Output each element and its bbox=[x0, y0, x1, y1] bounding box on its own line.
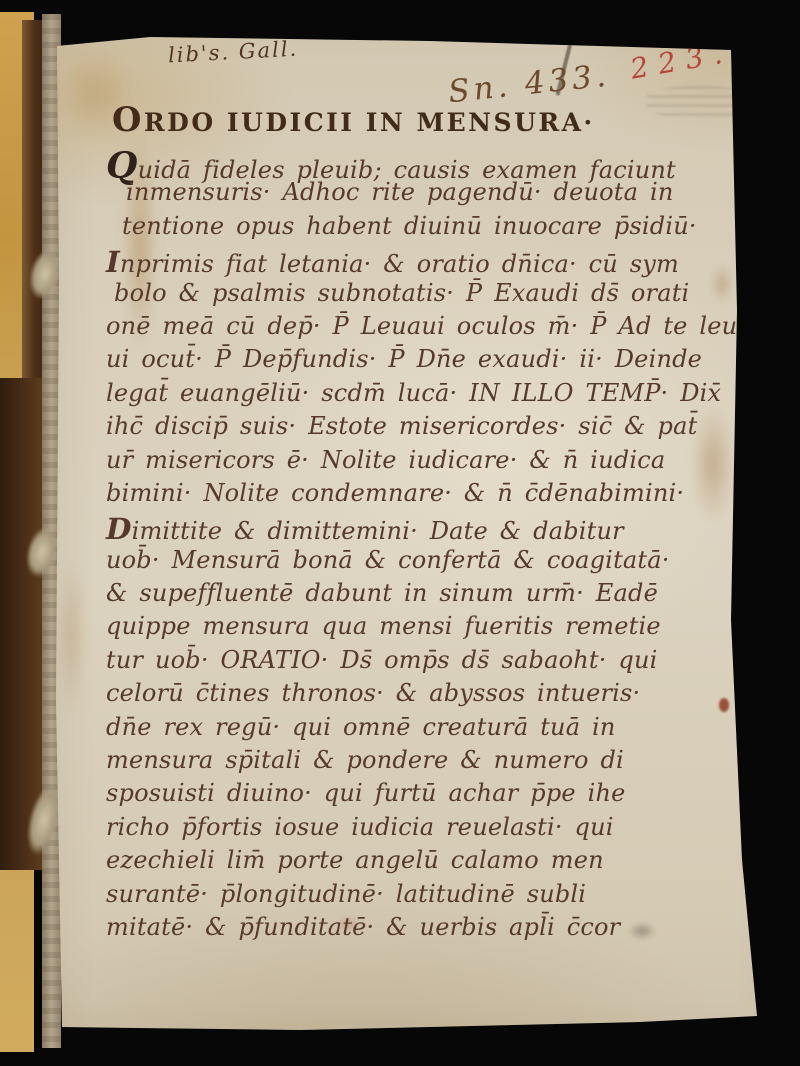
text-line: ui ocut̄· P̄ Dep̄fundis· P̄ Dn̄e exaudi·… bbox=[106, 345, 746, 378]
text-line: Inprimis fiat letania· & oratio dn̄ica· … bbox=[106, 245, 746, 278]
text-line: onē meā cū dep̄· P̄ Leuaui oculos m̄· P̄… bbox=[106, 312, 746, 345]
text-line: mitatē· & p̄funditatē· & uerbis apl̄i c̄… bbox=[106, 913, 746, 946]
library-ownership-mark: lib's. Gall. bbox=[167, 37, 298, 68]
text-line: richo p̄fortis iosue iudicia reuelasti· … bbox=[106, 813, 746, 846]
text-line: Dimittite & dimittemini· Date & dabitur bbox=[106, 512, 746, 545]
text-line: legat̄ euangēliū· scdm̄ lucā· IN ILLO TE… bbox=[106, 379, 746, 412]
parchment-stain bbox=[56, 556, 86, 716]
text-line: tur uob̄· ORATIO· Ds̄ omp̄s ds̄ sabaoht·… bbox=[106, 646, 746, 679]
text-line: mensura sp̄itali & pondere & numero di bbox=[106, 746, 746, 779]
text-line: surantē· p̄longitudinē· latitudinē subli bbox=[106, 880, 746, 913]
text-line: celorū c̄tines thronos· & abyssos intuer… bbox=[106, 679, 746, 712]
text-line: uob̄· Mensurā bonā & confertā & coagitat… bbox=[106, 546, 746, 579]
text-line: tentione opus habent diuinū inuocare p̄s… bbox=[106, 212, 746, 245]
text-line: bolo & psalmis subnotatis· P̄ Exaudi ds̄… bbox=[106, 279, 746, 312]
text-line: inmensuris· Adhoc rite pagendū· deuota i… bbox=[106, 178, 746, 211]
text-block: Quidā fideles pleuib; causis examen faci… bbox=[106, 145, 746, 946]
text-line: ihc̄ discip̄ suis· Estote misericordes· … bbox=[106, 412, 746, 445]
rubric-heading: ORDO IUDICII IN MENSURA· bbox=[112, 99, 595, 139]
text-line: & supeffluentē dabunt in sinum urm̄· Ead… bbox=[106, 579, 746, 612]
text-line: quippe mensura qua mensi fueritis remeti… bbox=[106, 612, 746, 645]
text-line: ur̄ misericors ē· Nolite iudicare· & n̄ … bbox=[106, 446, 746, 479]
text-line: Quidā fideles pleuib; causis examen faci… bbox=[106, 145, 746, 178]
text-line: ezechieli lim̄ porte angelū calamo men bbox=[106, 846, 746, 879]
folio-number-red: 223. bbox=[628, 35, 735, 85]
erased-inscription bbox=[646, 86, 750, 118]
text-line: bimini· Nolite condemnare· & n̄ c̄dēnabi… bbox=[106, 479, 746, 512]
text-line: dn̄e rex regū· qui omnē creaturā tuā in bbox=[106, 713, 746, 746]
manuscript-page: lib's. Gall. Sn. 433. 223. ORDO IUDICII … bbox=[0, 0, 800, 1066]
book-binding bbox=[0, 6, 62, 1060]
text-line: sposuisti diuino· qui furtū achar p̄pe i… bbox=[106, 779, 746, 812]
manuscript-photo: lib's. Gall. Sn. 433. 223. ORDO IUDICII … bbox=[0, 0, 800, 1066]
